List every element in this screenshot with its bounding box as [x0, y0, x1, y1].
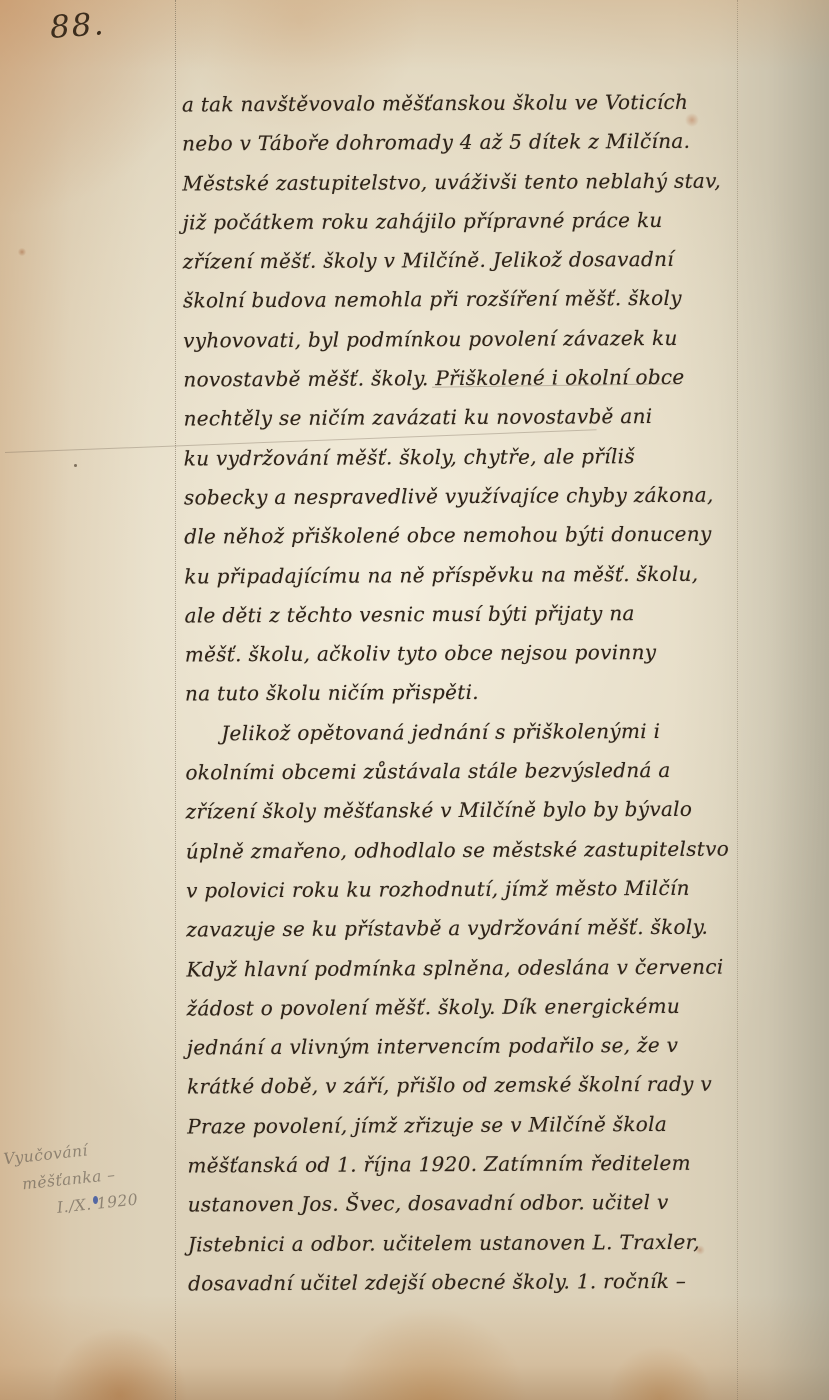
manuscript-line: již počátkem roku zahájilo přípravné prá…	[182, 200, 740, 242]
manuscript-line: a tak navštěvovalo měšťanskou školu ve V…	[182, 83, 740, 125]
manuscript-line: ku připadajícímu na ně příspěvku na měšť…	[184, 554, 742, 596]
page-number: 88.	[49, 6, 107, 46]
manuscript-line: sobecky a nespravedlivě využívajíce chyb…	[184, 476, 742, 518]
ink-speck	[74, 464, 77, 467]
manuscript-line: okolními obcemi zůstávala stále bezvýsle…	[185, 751, 743, 793]
manuscript-line: Praze povolení, jímž zřizuje se v Milčín…	[187, 1104, 745, 1146]
manuscript-line: měšť. školu, ačkoliv tyto obce nejsou po…	[185, 633, 743, 675]
manuscript-line: ku vydržování měšť. školy, chytře, ale p…	[184, 436, 742, 478]
manuscript-line: školní budova nemohla při rozšíření měšť…	[183, 279, 741, 321]
manuscript-line: Městské zastupitelstvo, uváživši tento n…	[182, 161, 740, 203]
manuscript-line: Jistebnici a odbor. učitelem ustanoven L…	[188, 1222, 746, 1264]
manuscript-text: a tak navštěvovalo měšťanskou školu ve V…	[182, 83, 746, 1304]
manuscript-line: měšťanská od 1. října 1920. Zatímním řed…	[187, 1144, 745, 1186]
manuscript-line: na tuto školu ničím přispěti.	[185, 672, 743, 714]
manuscript-line: žádost o povolení měšť. školy. Dík energ…	[187, 986, 745, 1028]
manuscript-line: Jelikož opětovaná jednání s přiškolenými…	[185, 711, 743, 753]
manuscript-line: zřízení školy měšťanské v Milčíně bylo b…	[186, 790, 744, 832]
margin-rule-left	[175, 0, 176, 1400]
manuscript-line: zavazuje se ku přístavbě a vydržování mě…	[186, 908, 744, 950]
manuscript-line: dosavadní učitel zdejší obecné školy. 1.…	[188, 1261, 746, 1303]
manuscript-line: nebo v Táboře dohromady 4 až 5 dítek z M…	[182, 122, 740, 164]
manuscript-line: dle něhož přiškolené obce nemohou býti d…	[184, 515, 742, 557]
manuscript-page: 88. a tak navštěvovalo měšťanskou školu …	[0, 0, 829, 1400]
margin-note: Vyučování měšťanka – I./X. 1920	[2, 1130, 165, 1227]
manuscript-line: vyhovovati, byl podmínkou povolení závaz…	[183, 318, 741, 360]
manuscript-line: úplně zmařeno, odhodlalo se městské zast…	[186, 829, 744, 871]
manuscript-line: ustanoven Jos. Švec, dosavadní odbor. uč…	[188, 1183, 746, 1225]
manuscript-line: krátké době, v září, přišlo od zemské šk…	[187, 1065, 745, 1107]
manuscript-line: zřízení měšť. školy v Milčíně. Jelikož d…	[183, 240, 741, 282]
manuscript-line: ale děti z těchto vesnic musí býti přija…	[184, 593, 742, 635]
manuscript-line: novostavbě měšť. školy. Přiškolené i oko…	[183, 358, 741, 400]
manuscript-line: jednání a vlivným intervencím podařilo s…	[187, 1026, 745, 1068]
manuscript-line: nechtěly se ničím zavázati ku novostavbě…	[183, 397, 741, 439]
manuscript-line: v polovici roku ku rozhodnutí, jímž měst…	[186, 868, 744, 910]
blue-ink-dot	[93, 1196, 98, 1204]
manuscript-line: Když hlavní podmínka splněna, odeslána v…	[186, 947, 744, 989]
